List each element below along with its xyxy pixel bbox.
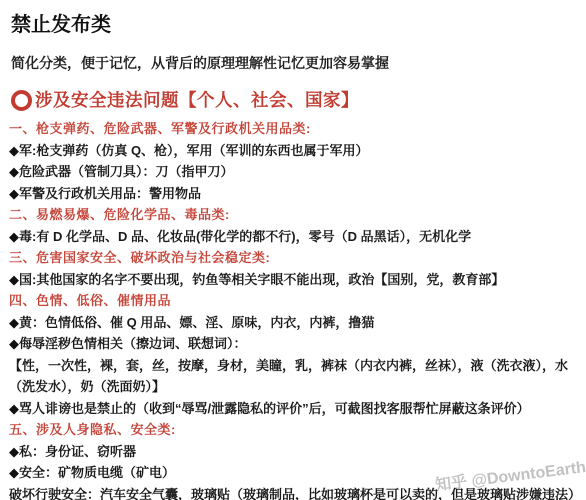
section-weapons: 一、枪支弹药、危险武器、军警及行政机关用品类: ◆军:枪支弹药（仿真 Q、枪），…: [9, 118, 578, 204]
section-heading: 一、枪支弹药、危险武器、军警及行政机关用品类:: [9, 118, 578, 140]
item-text: 军警及行政机关用品：警用物品: [19, 186, 201, 201]
list-item: ◆骂人诽谤也是禁止的（收到“辱骂/泄露隐私的评价”后，可截图找客服帮忙屏蔽这条评…: [9, 398, 578, 420]
list-item: ◆安全：矿物质电缆（矿电）: [9, 462, 578, 484]
section-heading: 五、涉及人身隐私、安全类:: [9, 419, 578, 441]
section-heading: 二、易燃易爆、危险化学品、毒品类:: [9, 204, 578, 226]
diamond-bullet-icon: ◆: [9, 164, 19, 179]
section-heading: 四、色情、低俗、催情用品: [9, 290, 578, 312]
list-item: ◆军警及行政机关用品：警用物品: [9, 183, 578, 205]
list-item: ◆国:其他国家的名字不要出现，钓鱼等相关字眼不能出现，政治【国别，党，教育部】: [9, 269, 578, 291]
item-text: 安全：矿物质电缆（矿电）: [19, 465, 175, 480]
diamond-bullet-icon: ◆: [9, 186, 19, 201]
section-heading: 三、危害国家安全、破坏政治与社会稳定类:: [9, 247, 578, 269]
item-text: 危险武器（管制刀具）：刀（指甲刀）: [19, 164, 234, 179]
item-text: 毒:有 D 化学品、D 品、化妆品(带化学的都不行)，零号（D 品黑话），无机化…: [19, 229, 471, 244]
list-item: ◆毒:有 D 化学品、D 品、化妆品(带化学的都不行)，零号（D 品黑话），无机…: [9, 226, 578, 248]
list-item: ◆私：身份证、窃听器: [9, 441, 578, 463]
item-text: 军:枪支弹药（仿真 Q、枪），军用（军训的东西也属于军用）: [19, 143, 369, 158]
list-item: ◆侮辱淫秽色情相关（擦边词、联想词）：: [9, 333, 578, 355]
section-national-security: 三、危害国家安全、破坏政治与社会稳定类: ◆国:其他国家的名字不要出现，钓鱼等相…: [9, 247, 578, 290]
diamond-bullet-icon: ◆: [9, 444, 19, 459]
diamond-bullet-icon: ◆: [9, 336, 19, 351]
item-text: 私：身份证、窃听器: [19, 444, 136, 459]
list-item: ◆军:枪支弹药（仿真 Q、枪），军用（军训的东西也属于军用）: [9, 140, 578, 162]
section-hazardous: 二、易燃易爆、危险化学品、毒品类: ◆毒:有 D 化学品、D 品、化妆品(带化学…: [9, 204, 578, 247]
item-text: 骂人诽谤也是禁止的（收到“辱骂/泄露隐私的评价”后，可截图找客服帮忙屏蔽这条评价…: [19, 401, 530, 416]
list-item: 破坏行驶安全：汽车安全气囊，玻璃贴（玻璃制品，比如玻璃杯是可以卖的，但是玻璃贴涉…: [9, 484, 578, 500]
main-heading: 涉及安全违法问题【个人、社会、国家】: [11, 88, 578, 112]
diamond-bullet-icon: ◆: [9, 465, 19, 480]
diamond-bullet-icon: ◆: [9, 143, 19, 158]
diamond-bullet-icon: ◆: [9, 272, 19, 287]
list-item: ◆黄：色情低俗、催 Q 用品、嫖、淫、原味，内衣，内裤，撸猫: [9, 312, 578, 334]
item-text: 【性，一次性，裸，套，丝，按摩，身材，美瞳，乳，裤袜（内衣内裤，丝袜），液（洗衣…: [9, 358, 568, 395]
main-heading-text: 涉及安全违法问题【个人、社会、国家】: [35, 88, 359, 112]
section-adult: 四、色情、低俗、催情用品 ◆黄：色情低俗、催 Q 用品、嫖、淫、原味，内衣，内裤…: [9, 290, 578, 419]
list-item: ◆危险武器（管制刀具）：刀（指甲刀）: [9, 161, 578, 183]
diamond-bullet-icon: ◆: [9, 401, 19, 416]
item-text: 破坏行驶安全：汽车安全气囊，玻璃贴（玻璃制品，比如玻璃杯是可以卖的，但是玻璃贴涉…: [9, 487, 581, 500]
diamond-bullet-icon: ◆: [9, 229, 19, 244]
list-item: 【性，一次性，裸，套，丝，按摩，身材，美瞳，乳，裤袜（内衣内裤，丝袜），液（洗衣…: [9, 355, 578, 398]
subtitle: 简化分类，便于记忆，从背后的原理理解性记忆更加容易掌握: [11, 53, 578, 73]
page-title: 禁止发布类: [11, 12, 578, 38]
diamond-bullet-icon: ◆: [9, 315, 19, 330]
item-text: 国:其他国家的名字不要出现，钓鱼等相关字眼不能出现，政治【国别，党，教育部】: [19, 272, 504, 287]
item-text: 侮辱淫秽色情相关（擦边词、联想词）：: [19, 336, 247, 351]
section-privacy-safety: 五、涉及人身隐私、安全类: ◆私：身份证、窃听器 ◆安全：矿物质电缆（矿电） 破…: [9, 419, 578, 500]
ring-icon: [11, 90, 32, 111]
document-page: 禁止发布类 简化分类，便于记忆，从背后的原理理解性记忆更加容易掌握 涉及安全违法…: [0, 0, 586, 500]
item-text: 黄：色情低俗、催 Q 用品、嫖、淫、原味，内衣，内裤，撸猫: [19, 315, 374, 330]
